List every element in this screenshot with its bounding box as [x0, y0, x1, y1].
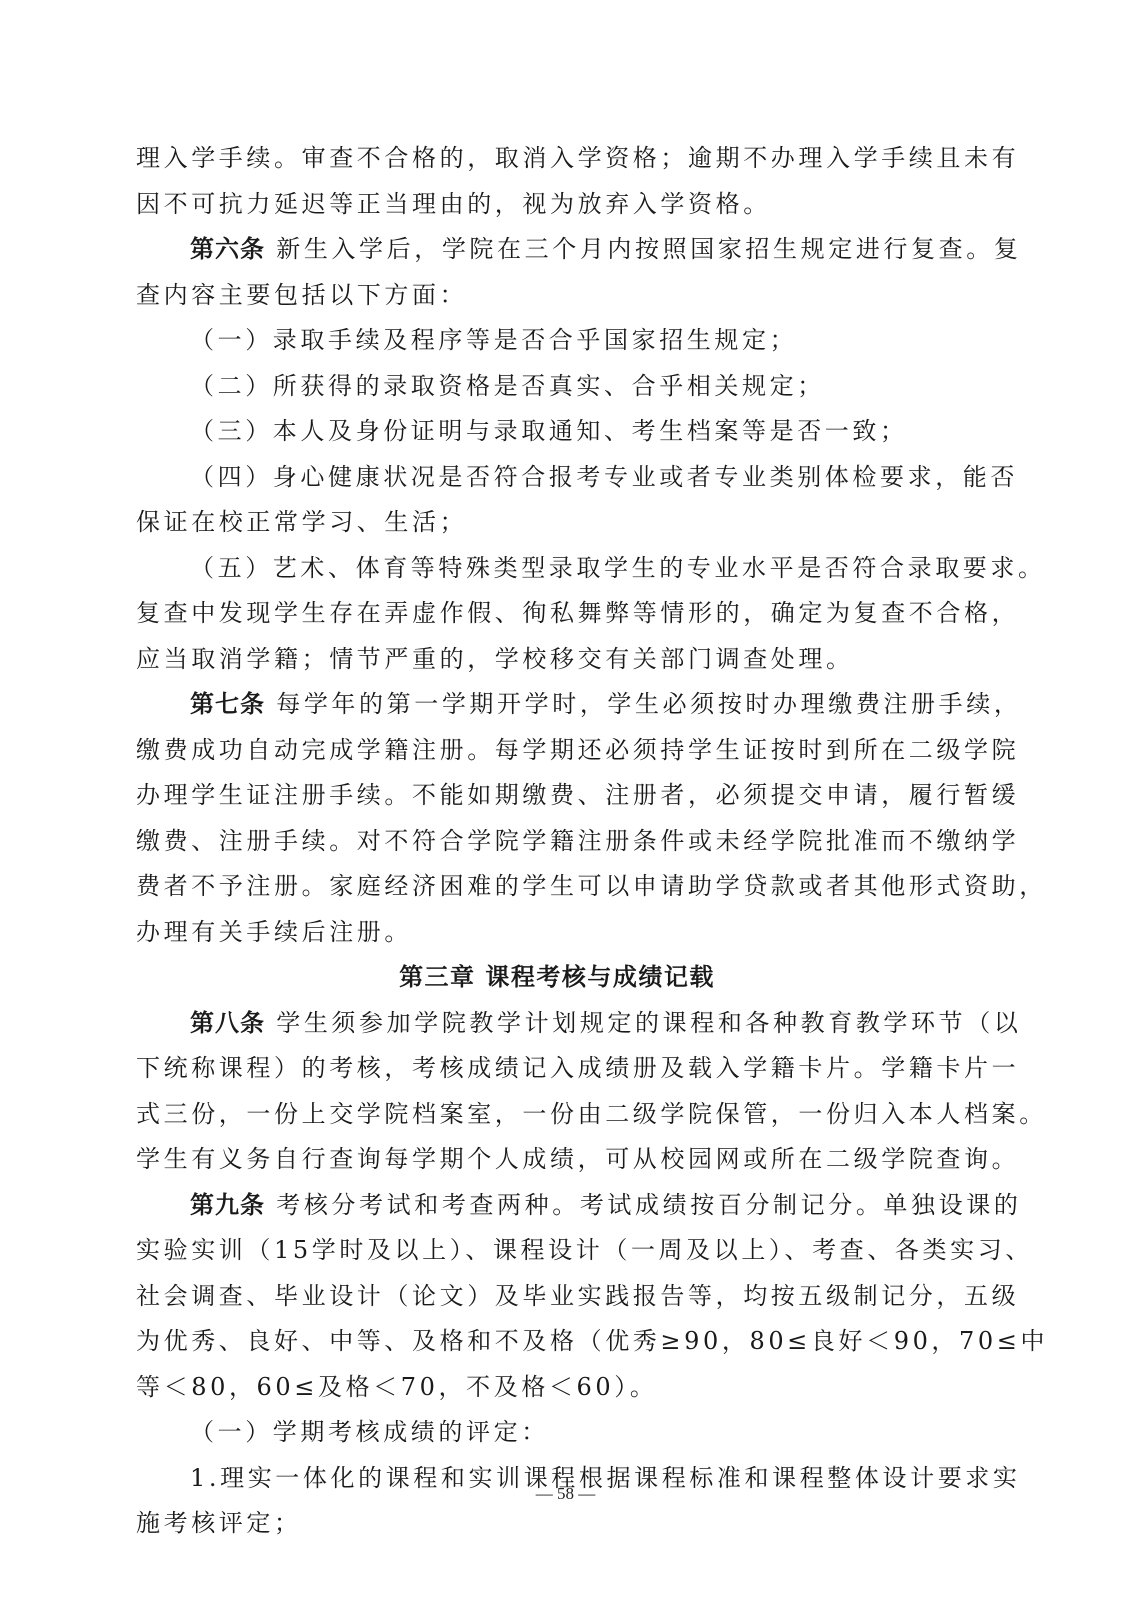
paragraph-line: 复查中发现学生存在弄虚作假、徇私舞弊等情形的，确定为复查不合格， — [136, 591, 978, 637]
article-label: 第六条 — [190, 235, 265, 263]
sub-heading: （一）学期考核成绩的评定： — [136, 1410, 978, 1456]
list-item: （一）录取手续及程序等是否合乎国家招生规定； — [136, 318, 978, 364]
list-item: （二）所获得的录取资格是否真实、合乎相关规定； — [136, 364, 978, 410]
paragraph-line: 实验实训（15学时及以上）、课程设计（一周及以上）、考查、各类实习、 — [136, 1228, 978, 1274]
list-item: （四）身心健康状况是否符合报考专业或者专业类别体检要求，能否 — [136, 455, 978, 501]
article-text: 新生入学后，学院在三个月内按照国家招生规定进行复查。复 — [265, 235, 1021, 263]
paragraph-line: 应当取消学籍；情节严重的，学校移交有关部门调查处理。 — [136, 637, 978, 683]
article-text: 每学年的第一学期开学时，学生必须按时办理缴费注册手续， — [265, 690, 1021, 718]
article-7-line: 第七条 每学年的第一学期开学时，学生必须按时办理缴费注册手续， — [136, 682, 978, 728]
paragraph-line: 保证在校正常学习、生活； — [136, 500, 978, 546]
paragraph-line: 办理学生证注册手续。不能如期缴费、注册者，必须提交申请，履行暂缓 — [136, 773, 978, 819]
paragraph-line: 查内容主要包括以下方面： — [136, 273, 978, 319]
paragraph-line: 社会调查、毕业设计（论文）及毕业实践报告等，均按五级制记分，五级 — [136, 1274, 978, 1320]
paragraph-line: 理入学手续。审查不合格的，取消入学资格；逾期不办理入学手续且未有 — [136, 136, 978, 182]
paragraph-line: 等＜80，60≤及格＜70，不及格＜60）。 — [136, 1365, 978, 1411]
page-number: — 58 — — [0, 1484, 1131, 1504]
article-label: 第九条 — [190, 1191, 265, 1219]
paragraph-line: 学生有义务自行查询每学期个人成绩，可从校园网或所在二级学院查询。 — [136, 1137, 978, 1183]
paragraph-line: 式三份，一份上交学院档案室，一份由二级学院保管，一份归入本人档案。 — [136, 1092, 978, 1138]
list-item: （三）本人及身份证明与录取通知、考生档案等是否一致； — [136, 409, 978, 455]
article-text: 学生须参加学院教学计划规定的课程和各种教育教学环节（以 — [265, 1009, 1021, 1037]
article-6-line: 第六条 新生入学后，学院在三个月内按照国家招生规定进行复查。复 — [136, 227, 978, 273]
paragraph-line: 费者不予注册。家庭经济困难的学生可以申请助学贷款或者其他形式资助， — [136, 864, 978, 910]
document-page: 理入学手续。审查不合格的，取消入学资格；逾期不办理入学手续且未有 因不可抗力延迟… — [136, 136, 978, 1547]
paragraph-line: 缴费成功自动完成学籍注册。每学期还必须持学生证按时到所在二级学院 — [136, 728, 978, 774]
list-item: （五）艺术、体育等特殊类型录取学生的专业水平是否符合录取要求。 — [136, 546, 978, 592]
paragraph-line: 下统称课程）的考核，考核成绩记入成绩册及载入学籍卡片。学籍卡片一 — [136, 1046, 978, 1092]
paragraph-line: 办理有关手续后注册。 — [136, 910, 978, 956]
article-text: 考核分考试和考查两种。考试成绩按百分制记分。单独设课的 — [265, 1191, 1021, 1219]
article-label: 第七条 — [190, 690, 265, 718]
article-label: 第八条 — [190, 1009, 265, 1037]
paragraph-line: 施考核评定； — [136, 1501, 978, 1547]
paragraph-line: 因不可抗力延迟等正当理由的，视为放弃入学资格。 — [136, 182, 978, 228]
chapter-heading: 第三章 课程考核与成绩记载 — [136, 955, 978, 1001]
article-9-line: 第九条 考核分考试和考查两种。考试成绩按百分制记分。单独设课的 — [136, 1183, 978, 1229]
article-8-line: 第八条 学生须参加学院教学计划规定的课程和各种教育教学环节（以 — [136, 1001, 978, 1047]
paragraph-line: 缴费、注册手续。对不符合学院学籍注册条件或未经学院批准而不缴纳学 — [136, 819, 978, 865]
paragraph-line: 为优秀、良好、中等、及格和不及格（优秀≥90，80≤良好＜90，70≤中 — [136, 1319, 978, 1365]
